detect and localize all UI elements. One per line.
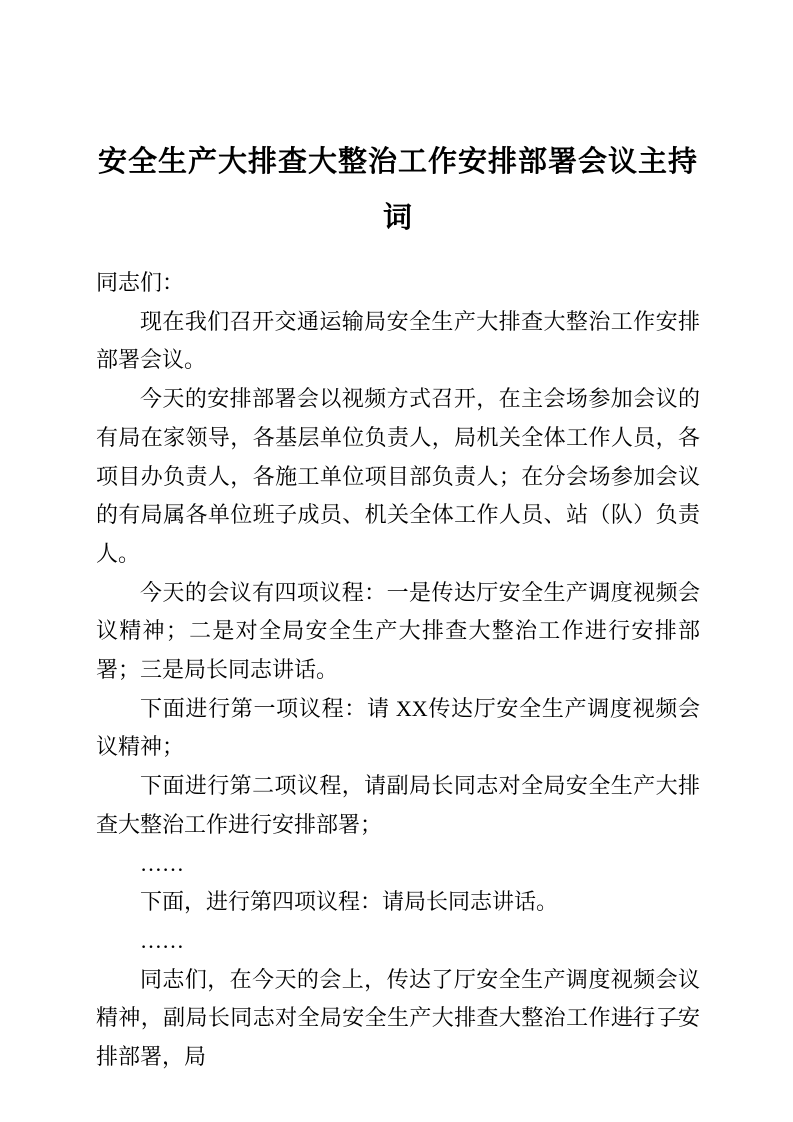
paragraph: 今天的安排部署会以视频方式召开，在主会场参加会议的有局在家领导，各基层单位负责人… <box>96 380 700 574</box>
paragraph: 同志们： <box>96 264 700 303</box>
document-page: 安全生产大排查大整治工作安排部署会议主持 词 同志们：现在我们召开交通运输局安全… <box>0 0 793 1122</box>
paragraph: …… <box>96 845 700 884</box>
document-title-line-1: 安全生产大排查大整治工作安排部署会议主持 <box>98 146 698 178</box>
document-body: 同志们：现在我们召开交通运输局安全生产大排查大整治工作安排部署会议。今天的安排部… <box>96 264 700 1077</box>
paragraph: 下面进行第二项议程，请副局长同志对全局安全生产大排查大整治工作进行安排部署； <box>96 767 700 844</box>
paragraph: …… <box>96 922 700 961</box>
paragraph: 同志们，在今天的会上，传达了厅安全生产调度视频会议精神，副局长同志对全局安全生产… <box>96 961 700 1077</box>
paragraph: 下面进行第一项议程：请 XX传达厅安全生产调度视频会议精神； <box>96 690 700 767</box>
document-title-line-2: 词 <box>383 202 413 234</box>
paragraph: 下面，进行第四项议程：请局长同志讲话。 <box>96 883 700 922</box>
page-number: — 1 — <box>619 1008 681 1030</box>
document-title: 安全生产大排查大整治工作安排部署会议主持 词 <box>86 134 710 246</box>
paragraph: 今天的会议有四项议程：一是传达厅安全生产调度视频会议精神；二是对全局安全生产大排… <box>96 574 700 690</box>
paragraph: 现在我们召开交通运输局安全生产大排查大整治工作安排部署会议。 <box>96 303 700 380</box>
